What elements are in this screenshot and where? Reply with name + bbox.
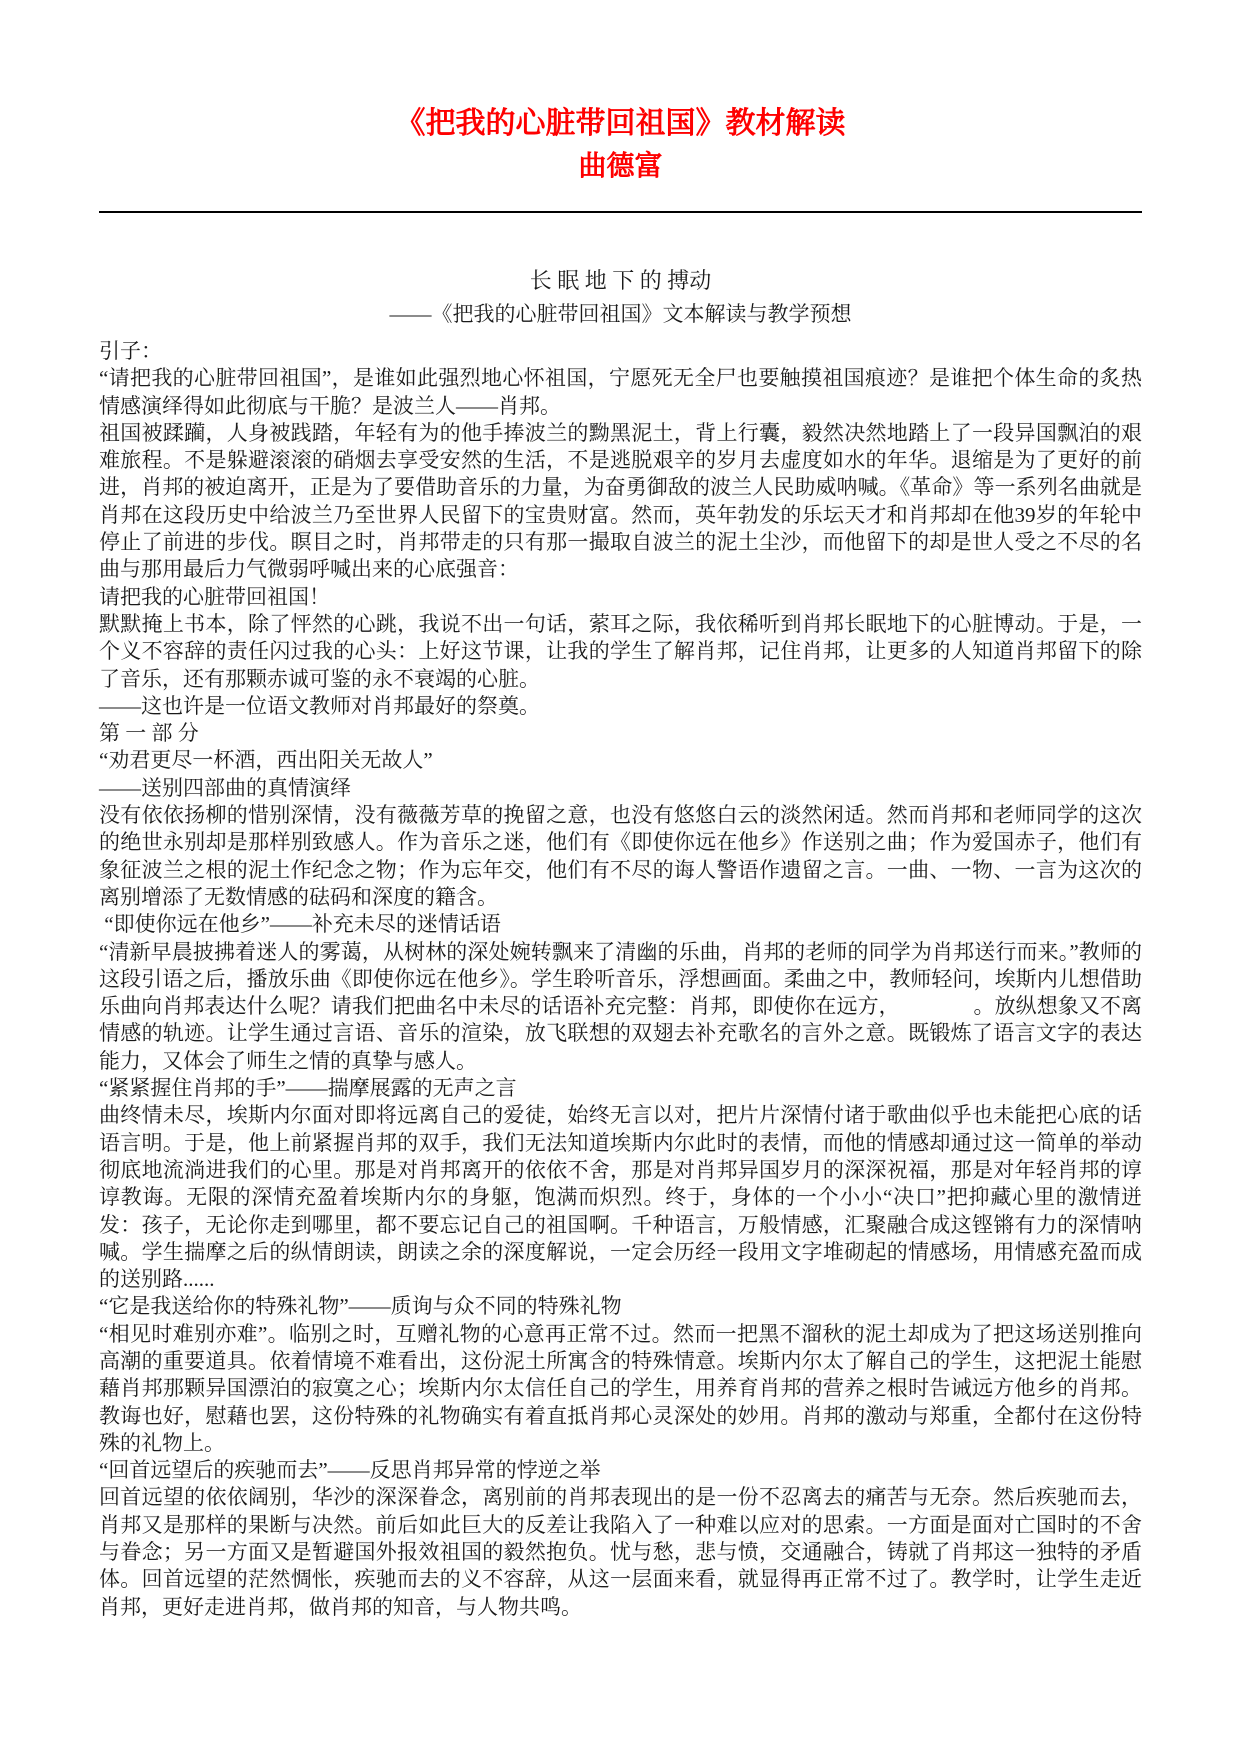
paragraph: 默默掩上书本，除了怦然的心跳，我说不出一句话，萦耳之际，我依稀听到肖邦长眠地下的… [99, 611, 1142, 693]
paragraph-subsection-title: “它是我送给你的特殊礼物”——质询与众不同的特殊礼物 [99, 1293, 1142, 1320]
doc-author: 曲德富 [99, 148, 1142, 186]
paragraph: “请把我的心脏带回祖国”，是谁如此强烈地心怀祖国，宁愿死无全尸也要触摸祖国痕迹？… [99, 365, 1142, 420]
paragraph-intro-label: 引子： [99, 338, 1142, 365]
divider [99, 211, 1142, 213]
document-page: 《把我的心脏带回祖国》教材解读 曲德富 长 眠 地 下 的 搏动 ——《把我的心… [0, 0, 1241, 1755]
doc-title: 《把我的心脏带回祖国》教材解读 [99, 102, 1142, 146]
document-body: 引子： “请把我的心脏带回祖国”，是谁如此强烈地心怀祖国，宁愿死无全尸也要触摸祖… [99, 338, 1142, 1621]
paragraph: 祖国被蹂躏，人身被践踏，年轻有为的他手捧波兰的黝黑泥土，背上行囊，毅然决然地踏上… [99, 420, 1142, 584]
paragraph: 回首远望的依依阔别，华沙的深深眷念，离别前的肖邦表现出的是一份不忍离去的痛苦与无… [99, 1484, 1142, 1620]
paragraph-poem-quote: “劝君更尽一杯酒，西出阳关无故人” [99, 747, 1142, 774]
paragraph: 没有依依扬柳的惜别深情，没有薇薇芳草的挽留之意，也没有悠悠白云的淡然闲适。然而肖… [99, 802, 1142, 911]
section-heading: 长 眠 地 下 的 搏动 [99, 267, 1142, 295]
paragraph: 曲终情未尽，埃斯内尔面对即将远离自己的爱徒，始终无言以对，把片片深情付诸于歌曲似… [99, 1102, 1142, 1293]
paragraph-dash-note: ——送别四部曲的真情演绎 [99, 775, 1142, 802]
paragraph: “清新早晨披拂着迷人的雾蔼，从树林的深处婉转飘来了清幽的乐曲，肖邦的老师的同学为… [99, 939, 1142, 1075]
paragraph-part-label: 第 一 部 分 [99, 720, 1142, 747]
paragraph-dash-note: ——这也许是一位语文教师对肖邦最好的祭奠。 [99, 693, 1142, 720]
paragraph: “相见时难别亦难”。临别之时，互赠礼物的心意再正常不过。然而一把黑不溜秋的泥土却… [99, 1321, 1142, 1457]
paragraph-subsection-title: “紧紧握住肖邦的手”——揣摩展露的无声之言 [99, 1075, 1142, 1102]
paragraph-subsection-title: “回首远望后的疾驰而去”——反思肖邦异常的悖逆之举 [99, 1457, 1142, 1484]
paragraph-quote: 请把我的心脏带回祖国！ [99, 584, 1142, 611]
section-subheading: ——《把我的心脏带回祖国》文本解读与教学预想 [99, 300, 1142, 329]
paragraph-subsection-title: “即使你远在他乡”——补充未尽的迷情话语 [99, 911, 1142, 938]
